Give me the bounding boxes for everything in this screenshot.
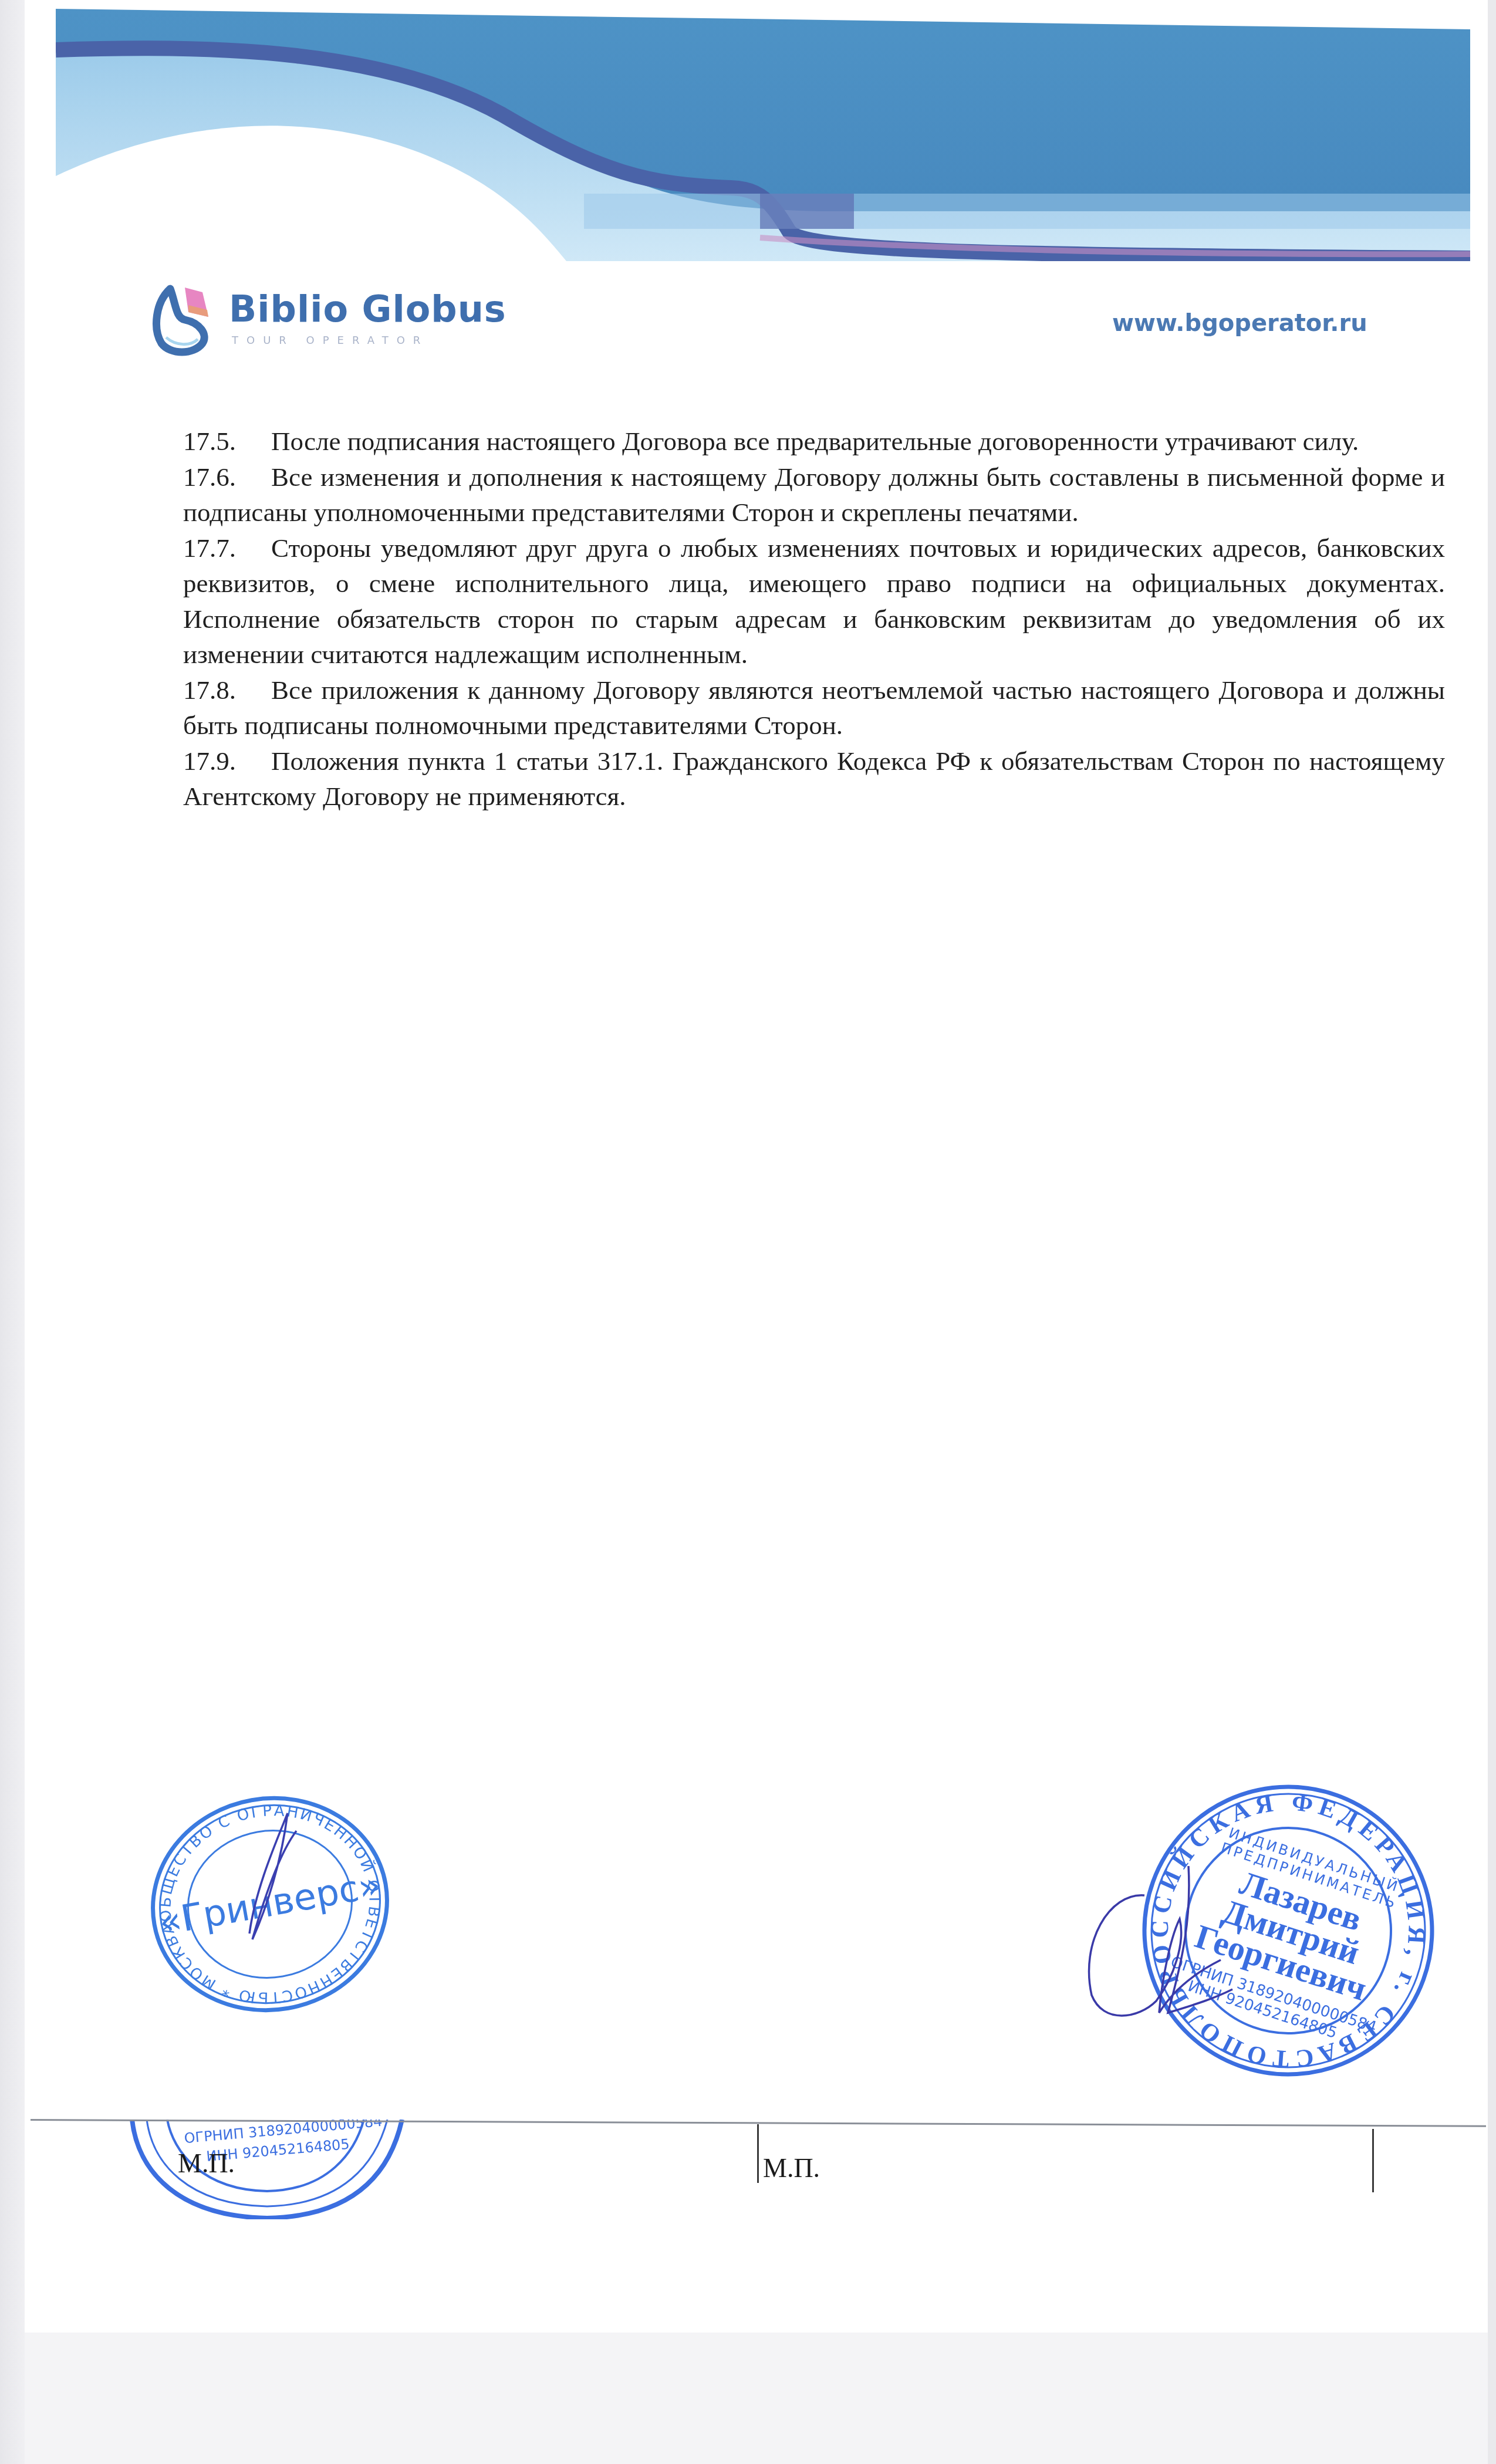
clause-number: 17.8. <box>183 672 271 708</box>
clause-text: Все приложения к данному Договору являют… <box>183 675 1445 741</box>
brand-name: Biblio Globus <box>229 288 506 330</box>
table-right-border <box>1372 2129 1374 2192</box>
clause-17-5: 17.5.После подписания настоящего Договор… <box>183 424 1445 459</box>
seal-label-left: М.П. <box>178 2148 235 2179</box>
clause-text: После подписания настоящего Договора все… <box>271 427 1359 456</box>
entrepreneur-stamp-right: РОССИЙСКАЯ ФЕДЕРАЦИЯ, г. СЕВАСТОПОЛЬ * И… <box>1056 1766 1467 2118</box>
table-column-divider <box>757 2124 759 2183</box>
clause-text: Все изменения и дополнения к настоящему … <box>183 462 1445 528</box>
clause-number: 17.5. <box>183 424 271 459</box>
clause-number: 17.7. <box>183 530 271 566</box>
website-url[interactable]: www.bgoperator.ru <box>1112 310 1367 337</box>
clause-number: 17.6. <box>183 459 271 495</box>
clause-17-7: 17.7.Стороны уведомляют друг друга о люб… <box>183 530 1445 672</box>
company-stamp-left: ОБЩЕСТВО С ОГРАНИЧЕННОЙ ОТВЕТСТВЕННОСТЬЮ… <box>132 1790 408 2019</box>
scan-right-edge <box>1488 0 1496 2464</box>
brand-logo: Biblio Globus TOUR OPERATOR <box>150 282 502 358</box>
clause-text: Стороны уведомляют друг друга о любых из… <box>183 533 1445 670</box>
clause-text: Положения пункта 1 статьи 317.1. Граждан… <box>183 746 1445 812</box>
stamp-overflow-fragment: ОГРНИП 318920400000584 ИНН 920452164805 <box>126 2120 408 2219</box>
seal-label-right: М.П. <box>763 2152 820 2184</box>
contract-clauses: 17.5.После подписания настоящего Договор… <box>183 424 1445 814</box>
clause-number: 17.9. <box>183 743 271 779</box>
brand-logo-icon <box>150 282 220 358</box>
stamp-company-name: «Гринверс» <box>156 1863 384 1944</box>
header-banner <box>56 9 1470 261</box>
clause-17-6: 17.6.Все изменения и дополнения к настоя… <box>183 459 1445 530</box>
brand-tagline: TOUR OPERATOR <box>232 334 428 347</box>
clause-17-8: 17.8.Все приложения к данному Договору я… <box>183 672 1445 743</box>
scan-left-edge <box>0 0 25 2464</box>
clause-17-9: 17.9.Положения пункта 1 статьи 317.1. Гр… <box>183 743 1445 814</box>
